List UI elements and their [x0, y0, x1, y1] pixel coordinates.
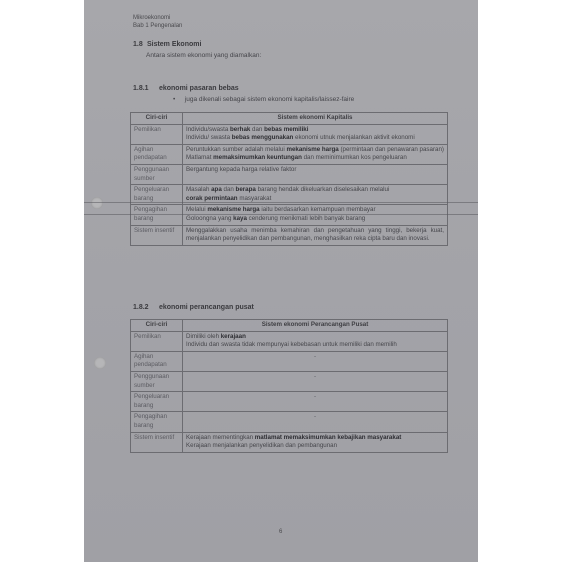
- table-row: Pengeluaran barang-: [131, 392, 448, 412]
- table-row: Sistem insentifMenggalakkan usaha menimb…: [131, 225, 448, 245]
- table-header: Ciri-ciri: [131, 320, 183, 332]
- cell-line: Peruntukkan sumber adalah melalui mekani…: [186, 146, 444, 155]
- page-number: 6: [279, 529, 282, 535]
- bold-term: corak permintaan: [186, 195, 238, 202]
- cell-line: Masalah apa dan berapa barang hendak dik…: [186, 186, 444, 195]
- row-value: -: [183, 412, 448, 432]
- subsection-number: 1.8.2: [133, 304, 157, 311]
- row-label: Pengeluaran barang: [131, 392, 183, 412]
- table-row: PemilikanIndividu/swasta berhak dan beba…: [131, 124, 448, 144]
- row-label: Penggunaan sumber: [131, 371, 183, 391]
- cell-line: Individu/ swasta bebas menggunakan ekono…: [186, 134, 444, 143]
- row-value: Individu/swasta berhak dan bebas memilik…: [183, 124, 448, 144]
- row-value: Dimiliki oleh kerajaanIndividu dan swast…: [183, 331, 448, 351]
- row-value: Menggalakkan usaha menimba kemahiran dan…: [183, 225, 448, 245]
- punch-hole: [94, 357, 106, 369]
- table-row: Sistem insentifKerajaan mementingkan mat…: [131, 432, 448, 452]
- bold-term: apa: [211, 186, 222, 193]
- bold-term: matlamat memaksimumkan kebajikan masyara…: [255, 434, 402, 441]
- row-value: -: [183, 392, 448, 412]
- row-label: Sistem insentif: [131, 225, 183, 245]
- table-row: Agihan pendapatanPeruntukkan sumber adal…: [131, 144, 448, 164]
- cell-line: Matlamat memaksimumkan keuntungan dan me…: [186, 154, 444, 163]
- table-header: Sistem ekonomi Kapitalis: [183, 113, 448, 125]
- cell-line: Goloongna yang kaya cenderung menikmati …: [186, 215, 444, 224]
- document-page: Mikroekonomi Bab 1 Pengenalan 1.8 Sistem…: [84, 0, 478, 562]
- bold-term: bebas memiliki: [264, 126, 308, 133]
- row-value: -: [183, 371, 448, 391]
- bold-term: mekanisme harga: [286, 146, 338, 153]
- row-label: Pemilikan: [131, 331, 183, 351]
- bold-term: memaksimumkan keuntungan: [213, 154, 302, 161]
- header-course: Mikroekonomi: [133, 15, 170, 21]
- table-header: Sistem ekonomi Perancangan Pusat: [183, 320, 448, 332]
- cell-line: Menggalakkan usaha menimba kemahiran dan…: [186, 227, 444, 244]
- bullet-text: juga dikenali sebagai sistem ekonomi kap…: [185, 96, 354, 103]
- table-row: Pengagihan barang-: [131, 412, 448, 432]
- cell-line: Individu dan swasta tidak mempunyai kebe…: [186, 341, 444, 350]
- section-intro: Antara sistem ekonomi yang diamalkan:: [146, 52, 261, 59]
- bullet-icon: •: [173, 96, 183, 103]
- cell-line: Bergantung kepada harga relative faktor: [186, 166, 444, 175]
- bold-term: kaya: [233, 215, 247, 222]
- bold-term: berapa: [236, 186, 256, 193]
- cell-line: Kerajaan mementingkan matlamat memaksimu…: [186, 434, 444, 443]
- central-planning-table: Ciri-ciri Sistem ekonomi Perancangan Pus…: [130, 319, 448, 453]
- row-value: Bergantung kepada harga relative faktor: [183, 164, 448, 184]
- subsection-heading-2: 1.8.2 ekonomi perancangan pusat: [133, 304, 254, 311]
- table-row: Agihan pendapatan-: [131, 351, 448, 371]
- subsection-number: 1.8.1: [133, 85, 157, 92]
- table-header: Ciri-ciri: [131, 113, 183, 125]
- bold-term: kerajaan: [221, 333, 246, 340]
- subsection-heading-1: 1.8.1 ekonomi pasaran bebas: [133, 85, 239, 92]
- row-label: Sistem insentif: [131, 432, 183, 452]
- row-value: Peruntukkan sumber adalah melalui mekani…: [183, 144, 448, 164]
- table-row: PemilikanDimiliki oleh kerajaanIndividu …: [131, 331, 448, 351]
- cell-line: Individu/swasta berhak dan bebas memilik…: [186, 126, 444, 135]
- row-label: Agihan pendapatan: [131, 144, 183, 164]
- row-label: Pengagihan barang: [131, 412, 183, 432]
- section-heading: 1.8 Sistem Ekonomi: [133, 41, 201, 48]
- punch-hole: [91, 197, 103, 209]
- capitalist-table: Ciri-ciri Sistem ekonomi Kapitalis Pemil…: [130, 112, 448, 246]
- row-label: Pemilikan: [131, 124, 183, 144]
- row-label: Agihan pendapatan: [131, 351, 183, 371]
- bold-term: berhak: [230, 126, 250, 133]
- subsection-title: ekonomi perancangan pusat: [159, 304, 254, 311]
- row-value: Kerajaan mementingkan matlamat memaksimu…: [183, 432, 448, 452]
- scan-line: [84, 214, 478, 215]
- table-row: Penggunaan sumberBergantung kepada harga…: [131, 164, 448, 184]
- row-value: -: [183, 351, 448, 371]
- bullet-item: • juga dikenali sebagai sistem ekonomi k…: [173, 96, 354, 103]
- bold-term: bebas menggunakan: [232, 134, 294, 141]
- table-row: Penggunaan sumber-: [131, 371, 448, 391]
- section-number: 1.8: [133, 41, 145, 48]
- header-chapter: Bab 1 Pengenalan: [133, 23, 182, 29]
- bold-term: mekanisme harga: [207, 206, 259, 213]
- cell-line: Kerajaan menjalankan penyelidikan dan pe…: [186, 442, 444, 451]
- cell-line: Dimiliki oleh kerajaan: [186, 333, 444, 342]
- subsection-title: ekonomi pasaran bebas: [159, 85, 239, 92]
- section-title: Sistem Ekonomi: [147, 41, 201, 48]
- scan-line: [84, 202, 478, 203]
- row-label: Penggunaan sumber: [131, 164, 183, 184]
